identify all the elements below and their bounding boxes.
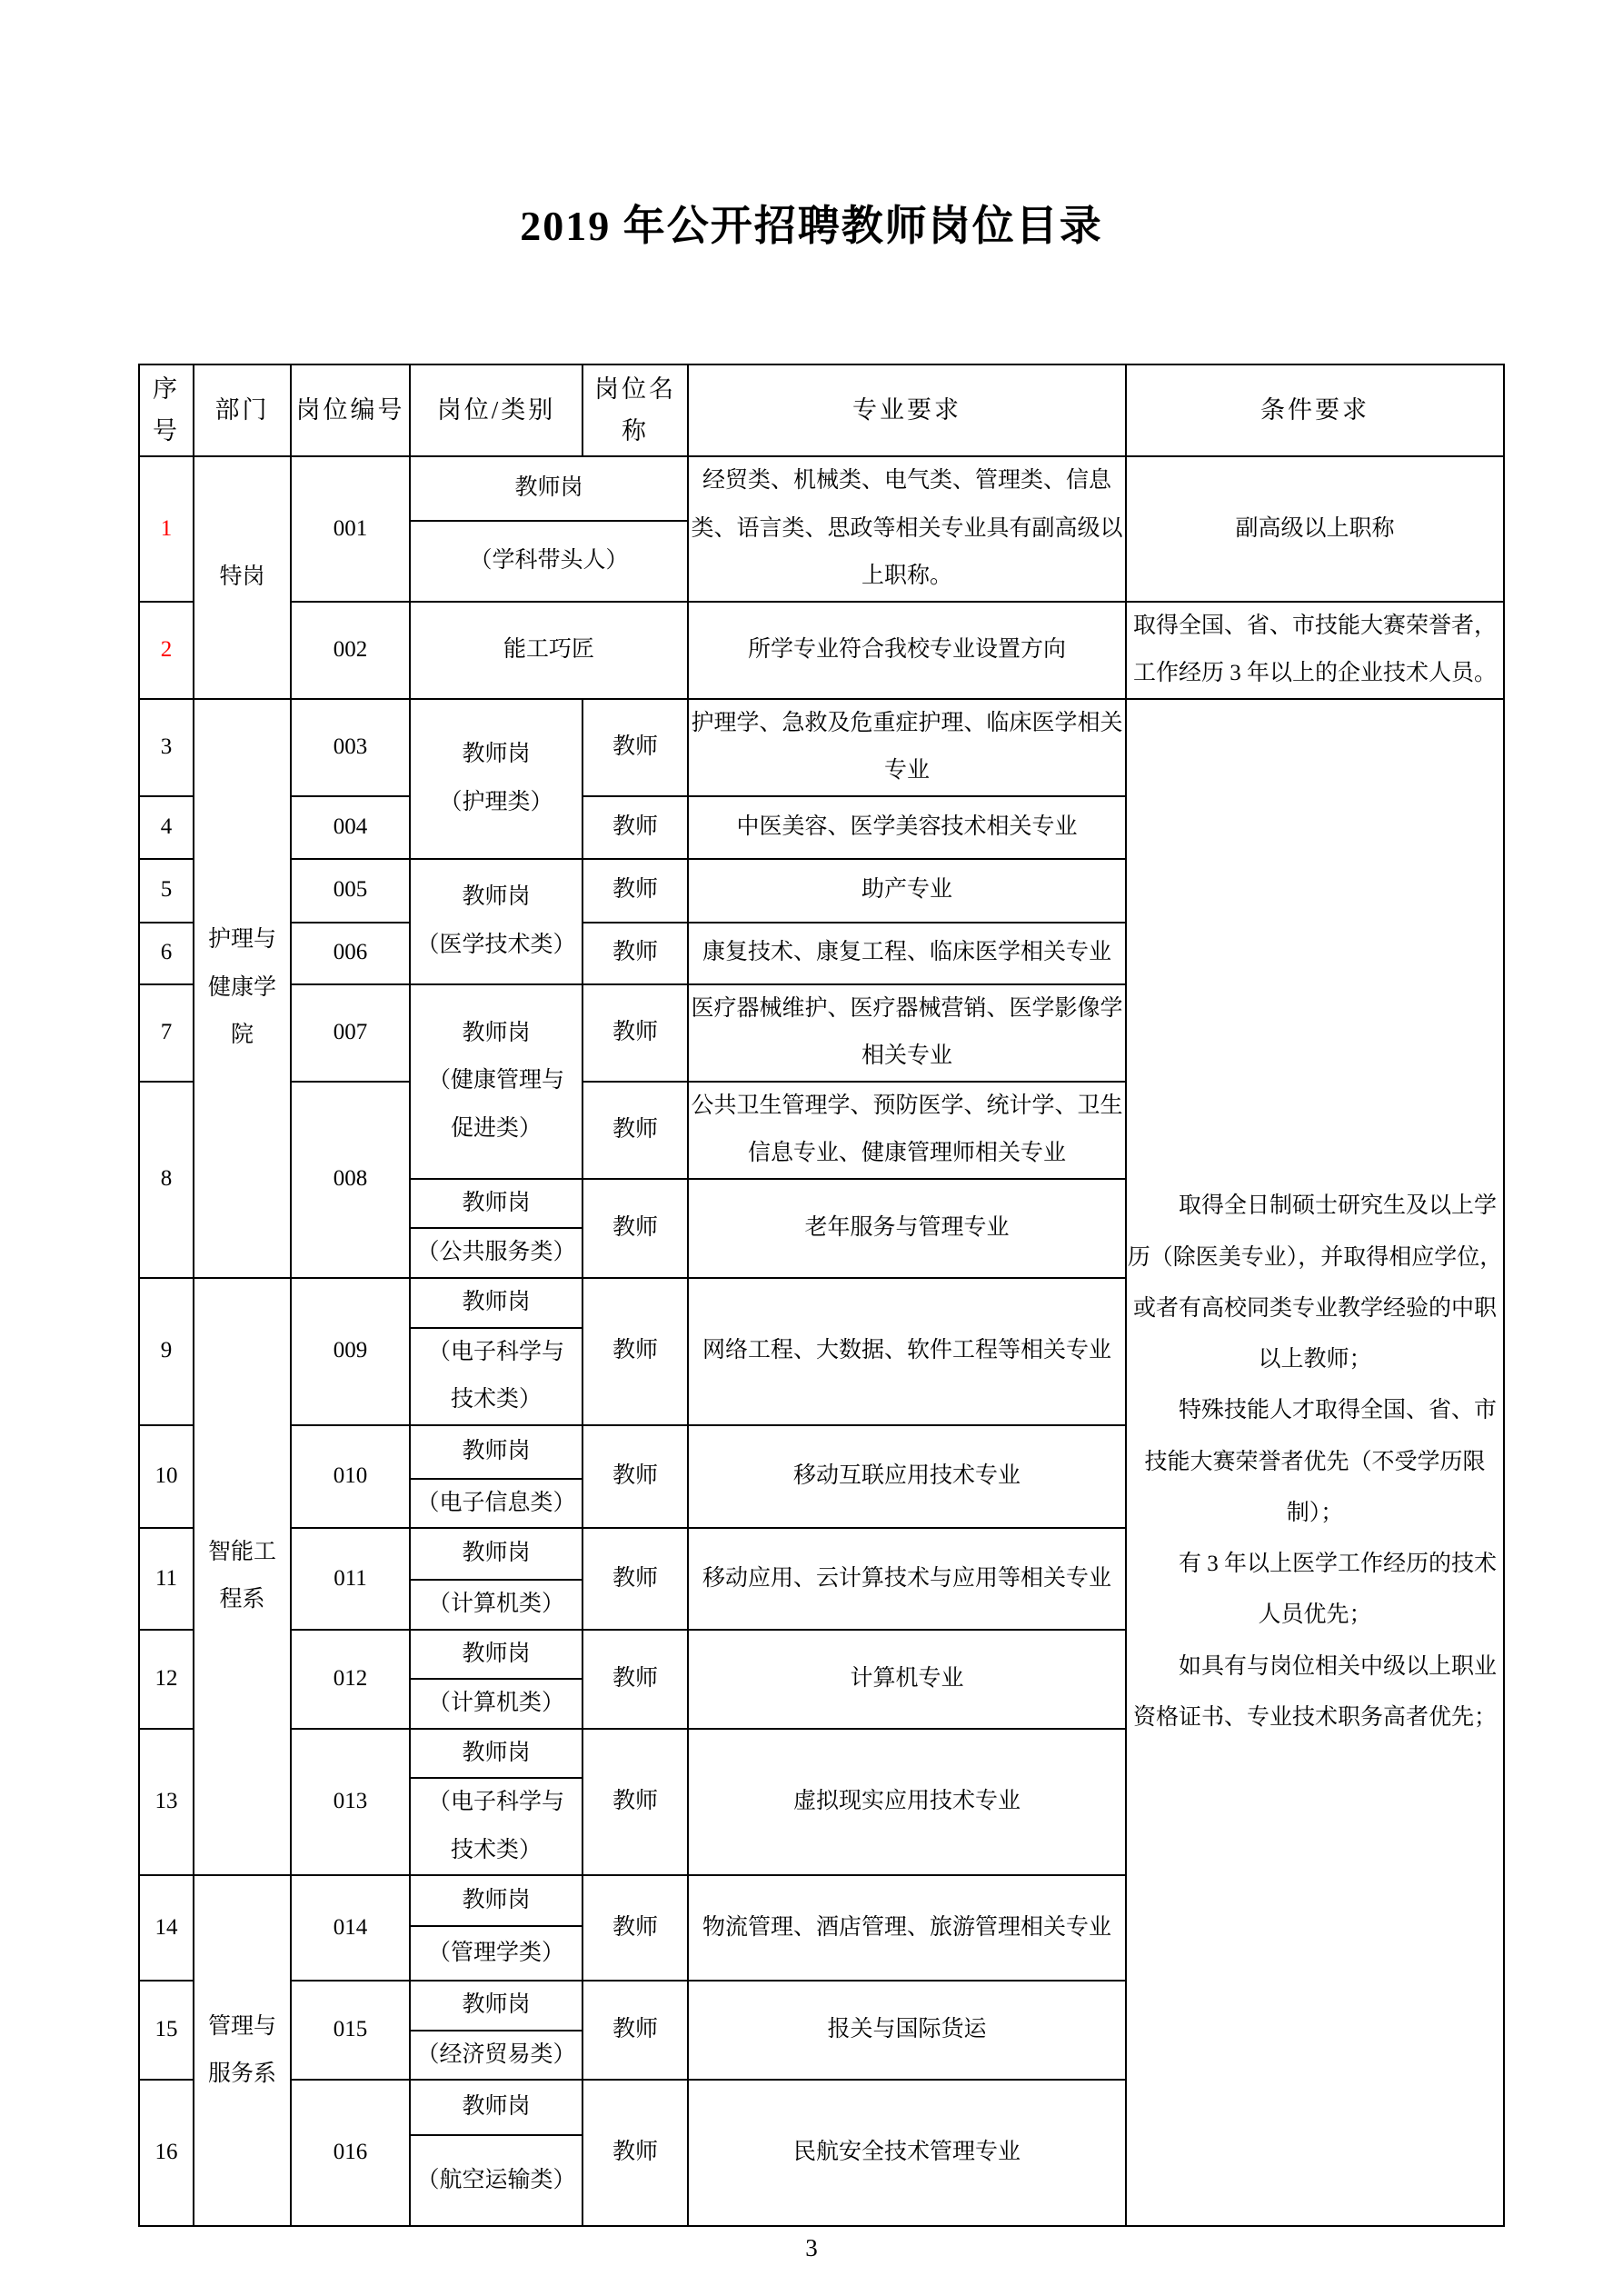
post-category-cell: 教师岗	[410, 2080, 582, 2135]
post-name-cell: 教师	[582, 1082, 688, 1179]
seq-no-cell: 9	[139, 1278, 194, 1425]
post-category-subtitle-cell: （电子科学与 技术类）	[410, 1328, 582, 1425]
post-category-subtitle-cell: （计算机类）	[410, 1580, 582, 1630]
post-code-cell: 013	[291, 1729, 410, 1876]
document-page: 2019 年公开招聘教师岗位目录 序 号 部门 岗位编号 岗位/类别 岗位名称 …	[0, 0, 1623, 2296]
post-name-cell: 教师	[582, 1278, 688, 1425]
post-name-cell: 教师	[582, 1528, 688, 1630]
post-name-cell: 教师	[582, 1630, 688, 1729]
seq-no-cell: 8	[139, 1082, 194, 1278]
major-requirement-cell: 经贸类、机械类、电气类、管理类、信息类、语言类、思政等相关专业具有副高级以上职称…	[688, 456, 1126, 602]
post-name-cell: 教师	[582, 796, 688, 859]
post-category-cell: 教师岗	[410, 1630, 582, 1680]
condition-paragraph: 有 3 年以上医学工作经历的技术人员优先；	[1127, 1539, 1503, 1642]
seq-no-cell: 16	[139, 2080, 194, 2226]
condition-merged-cell: 取得全日制硕士研究生及以上学历（除医美专业），并取得相应学位，或者有高校同类专业…	[1126, 699, 1504, 2227]
post-code-cell: 001	[291, 456, 410, 602]
post-name-cell: 教师	[582, 1179, 688, 1278]
seq-no-cell: 4	[139, 796, 194, 859]
condition-paragraph: 取得全日制硕士研究生及以上学历（除医美专业），并取得相应学位，或者有高校同类专业…	[1127, 1181, 1503, 1385]
major-requirement-cell: 公共卫生管理学、预防医学、统计学、卫生信息专业、健康管理师相关专业	[688, 1082, 1126, 1179]
major-requirement-cell: 移动互联应用技术专业	[688, 1425, 1126, 1529]
post-name-cell: 教师	[582, 2080, 688, 2226]
seq-no-cell: 15	[139, 1981, 194, 2080]
seq-no-cell: 7	[139, 984, 194, 1082]
major-requirement-cell: 医疗器械维护、医疗器械营销、医学影像学相关专业	[688, 984, 1126, 1082]
major-requirement-cell: 民航安全技术管理专业	[688, 2080, 1126, 2226]
major-requirement-cell: 康复技术、康复工程、临床医学相关专业	[688, 923, 1126, 984]
post-code-cell: 005	[291, 859, 410, 923]
condition-paragraph: 如具有与岗位相关中级以上职业资格证书、专业技术职务高者优先；	[1127, 1642, 1503, 1744]
post-code-cell: 008	[291, 1082, 410, 1278]
post-category-cell: 教师岗	[410, 456, 688, 521]
post-code-cell: 015	[291, 1981, 410, 2080]
major-requirement-cell: 虚拟现实应用技术专业	[688, 1729, 1126, 1876]
major-requirement-cell: 报关与国际货运	[688, 1981, 1126, 2080]
post-code-cell: 016	[291, 2080, 410, 2226]
col-header-department: 部门	[194, 364, 291, 456]
condition-cell: 副高级以上职称	[1126, 456, 1504, 602]
col-header-post-category: 岗位/类别	[410, 364, 582, 456]
post-category-subtitle-cell: （学科带头人）	[410, 521, 688, 602]
post-code-cell: 006	[291, 923, 410, 984]
post-category-cell: 教师岗	[410, 1179, 582, 1229]
post-category-subtitle-cell: （管理学类）	[410, 1926, 582, 1981]
post-code-cell: 007	[291, 984, 410, 1082]
seq-no-cell: 12	[139, 1630, 194, 1729]
condition-paragraph: 特殊技能人才取得全国、省、市技能大赛荣誉者优先（不受学历限制）；	[1127, 1385, 1503, 1539]
post-code-cell: 012	[291, 1630, 410, 1729]
seq-no-cell: 3	[139, 699, 194, 796]
department-cell: 智能工 程系	[194, 1278, 291, 1876]
seq-no-cell: 1	[139, 456, 194, 602]
page-number: 3	[0, 2234, 1623, 2262]
post-name-cell: 教师	[582, 923, 688, 984]
post-category-cell: 教师岗 （医学技术类）	[410, 859, 582, 984]
seq-no-cell: 10	[139, 1425, 194, 1529]
post-code-cell: 004	[291, 796, 410, 859]
post-category-cell: 教师岗 （健康管理与 促进类）	[410, 984, 582, 1179]
post-code-cell: 011	[291, 1528, 410, 1630]
col-header-post-code: 岗位编号	[291, 364, 410, 456]
department-cell: 护理与 健康学 院	[194, 699, 291, 1278]
post-name-cell: 教师	[582, 1981, 688, 2080]
col-header-major-requirement: 专业要求	[688, 364, 1126, 456]
post-category-subtitle-cell: （公共服务类）	[410, 1228, 582, 1278]
post-category-subtitle-cell: （计算机类）	[410, 1679, 582, 1729]
post-name-cell: 教师	[582, 859, 688, 923]
department-cell: 特岗	[194, 456, 291, 699]
post-name-cell: 教师	[582, 1729, 688, 1876]
post-code-cell: 009	[291, 1278, 410, 1425]
post-category-subtitle-cell: （电子科学与 技术类）	[410, 1778, 582, 1875]
post-code-cell: 002	[291, 602, 410, 699]
seq-no-cell: 5	[139, 859, 194, 923]
col-header-condition-requirement: 条件要求	[1126, 364, 1504, 456]
major-requirement-cell: 助产专业	[688, 859, 1126, 923]
major-requirement-cell: 网络工程、大数据、软件工程等相关专业	[688, 1278, 1126, 1425]
post-name-cell: 教师	[582, 984, 688, 1082]
post-category-cell: 教师岗 （护理类）	[410, 699, 582, 859]
major-requirement-cell: 护理学、急救及危重症护理、临床医学相关专业	[688, 699, 1126, 796]
page-title: 2019 年公开招聘教师岗位目录	[0, 193, 1623, 253]
post-category-cell: 教师岗	[410, 1875, 582, 1926]
col-header-seq-no: 序 号	[139, 364, 194, 456]
seq-no-cell: 11	[139, 1528, 194, 1630]
major-requirement-cell: 计算机专业	[688, 1630, 1126, 1729]
department-cell: 管理与 服务系	[194, 1875, 291, 2226]
post-category-cell: 教师岗	[410, 1729, 582, 1779]
post-category-cell: 教师岗	[410, 1278, 582, 1328]
post-category-cell: 教师岗	[410, 1528, 582, 1580]
recruitment-table: 序 号 部门 岗位编号 岗位/类别 岗位名称 专业要求 条件要求 1 特岗 00…	[138, 364, 1505, 2227]
post-category-subtitle-cell: （航空运输类）	[410, 2135, 582, 2226]
major-requirement-cell: 老年服务与管理专业	[688, 1179, 1126, 1278]
post-category-cell: 教师岗	[410, 1425, 582, 1479]
post-name-cell: 教师	[582, 1425, 688, 1529]
condition-cell: 取得全国、省、市技能大赛荣誉者，工作经历 3 年以上的企业技术人员。	[1126, 602, 1504, 699]
post-category-subtitle-cell: （经济贸易类）	[410, 2031, 582, 2081]
col-header-post-name: 岗位名称	[582, 364, 688, 456]
major-requirement-cell: 物流管理、酒店管理、旅游管理相关专业	[688, 1875, 1126, 1981]
post-code-cell: 003	[291, 699, 410, 796]
post-category-subtitle-cell: （电子信息类）	[410, 1479, 582, 1529]
seq-no-cell: 13	[139, 1729, 194, 1876]
post-code-cell: 010	[291, 1425, 410, 1529]
post-category-cell: 能工巧匠	[410, 602, 688, 699]
major-requirement-cell: 中医美容、医学美容技术相关专业	[688, 796, 1126, 859]
major-requirement-cell: 所学专业符合我校专业设置方向	[688, 602, 1126, 699]
seq-no-cell: 14	[139, 1875, 194, 1981]
seq-no-cell: 6	[139, 923, 194, 984]
post-name-cell: 教师	[582, 699, 688, 796]
seq-no-cell: 2	[139, 602, 194, 699]
post-category-cell: 教师岗	[410, 1981, 582, 2031]
post-name-cell: 教师	[582, 1875, 688, 1981]
post-code-cell: 014	[291, 1875, 410, 1981]
major-requirement-cell: 移动应用、云计算技术与应用等相关专业	[688, 1528, 1126, 1630]
